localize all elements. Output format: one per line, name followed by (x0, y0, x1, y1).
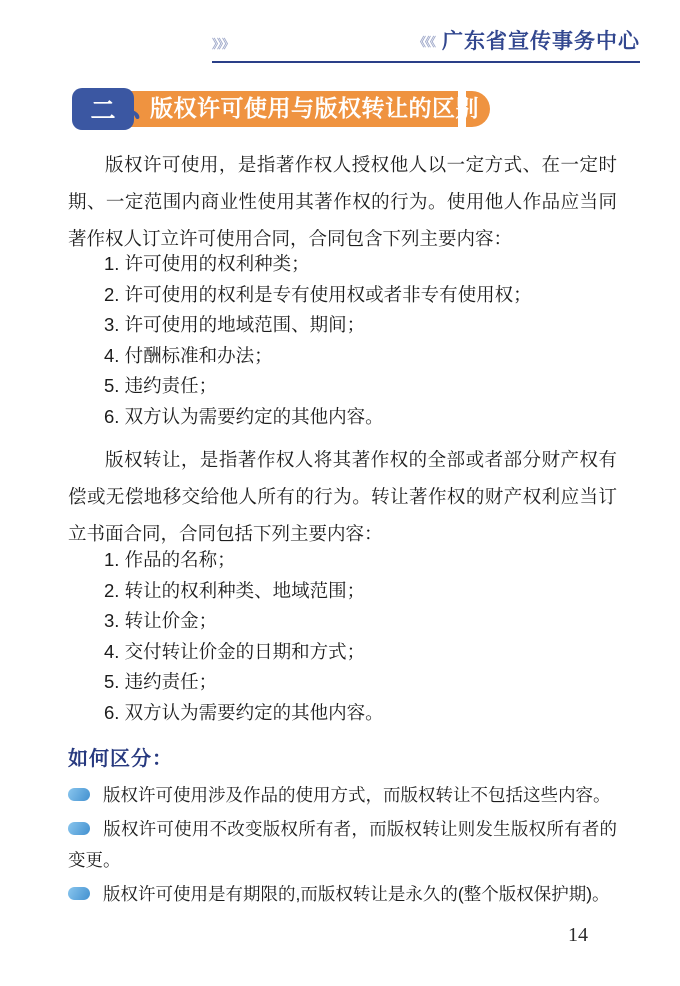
document-page: 》》》 《《《 广东省宣传事务中心 二 、 版权许可使用与版权转让的区别 版权许… (0, 0, 680, 986)
bullet-text: 版权许可使用是有期限的,而版权转让是永久的(整个版权保护期)。 (103, 884, 610, 904)
list-item: 5. 违约责任； (104, 371, 617, 402)
section-title-banner: 二 、 版权许可使用与版权转让的区别 (72, 88, 492, 130)
org-name: 广东省宣传事务中心 (442, 30, 640, 54)
capsule-bullet-icon (68, 788, 90, 801)
list-item: 6. 双方认为需要约定的其他内容。 (104, 698, 617, 729)
license-paragraph: 版权许可使用，是指著作权人授权他人以一定方式、在一定时期、一定范围内商业性使用其… (68, 146, 617, 257)
bullet-item: 版权许可使用涉及作品的使用方式，而版权转让不包括这些内容。 (68, 780, 617, 811)
page-number: 14 (568, 924, 588, 947)
bullet-item: 版权许可使用不改变版权所有者，而版权转让则发生版权所有者的变更。 (68, 814, 617, 876)
license-items-list: 1. 许可使用的权利种类； 2. 许可使用的权利是专有使用权或者非专有使用权； … (68, 249, 617, 432)
list-item: 2. 转让的权利种类、地域范围； (104, 576, 617, 607)
transfer-paragraph: 版权转让，是指著作权人将其著作权的全部或者部分财产权有偿或无偿地移交给他人所有的… (68, 441, 617, 552)
list-item: 1. 作品的名称； (104, 545, 617, 576)
list-item: 1. 许可使用的权利种类； (104, 249, 617, 280)
dotted-chevrons-right-icon: 》》》 (212, 34, 233, 54)
bullet-text: 版权许可使用不改变版权所有者，而版权转让则发生版权所有者的变更。 (68, 819, 617, 870)
capsule-bullet-icon (68, 887, 90, 900)
dotted-chevrons-left-icon: 《《《 (414, 32, 435, 52)
list-item: 5. 违约责任； (104, 667, 617, 698)
transfer-items-list: 1. 作品的名称； 2. 转让的权利种类、地域范围； 3. 转让价金； 4. 交… (68, 545, 617, 728)
list-item: 3. 许可使用的地域范围、期间； (104, 310, 617, 341)
section-title: 版权许可使用与版权转让的区别 (150, 88, 479, 130)
bullet-text: 版权许可使用涉及作品的使用方式，而版权转让不包括这些内容。 (103, 785, 611, 805)
header-org-group: 《《《 广东省宣传事务中心 (414, 30, 640, 54)
distinguish-heading: 如何区分： (68, 742, 617, 771)
page-header: 》》》 《《《 广东省宣传事务中心 (212, 30, 640, 63)
distinguish-bullet-list: 版权许可使用涉及作品的使用方式，而版权转让不包括这些内容。 版权许可使用不改变版… (68, 780, 617, 913)
section-number-badge: 二 (72, 88, 134, 130)
list-item: 4. 付酬标准和办法； (104, 341, 617, 372)
bullet-item: 版权许可使用是有期限的,而版权转让是永久的(整个版权保护期)。 (68, 879, 617, 910)
list-item: 6. 双方认为需要约定的其他内容。 (104, 402, 617, 433)
list-item: 4. 交付转让价金的日期和方式； (104, 637, 617, 668)
list-item: 3. 转让价金； (104, 606, 617, 637)
section-number-comma: 、 (129, 84, 163, 126)
capsule-bullet-icon (68, 822, 90, 835)
section-number: 二 (90, 91, 115, 127)
list-item: 2. 许可使用的权利是专有使用权或者非专有使用权； (104, 280, 617, 311)
